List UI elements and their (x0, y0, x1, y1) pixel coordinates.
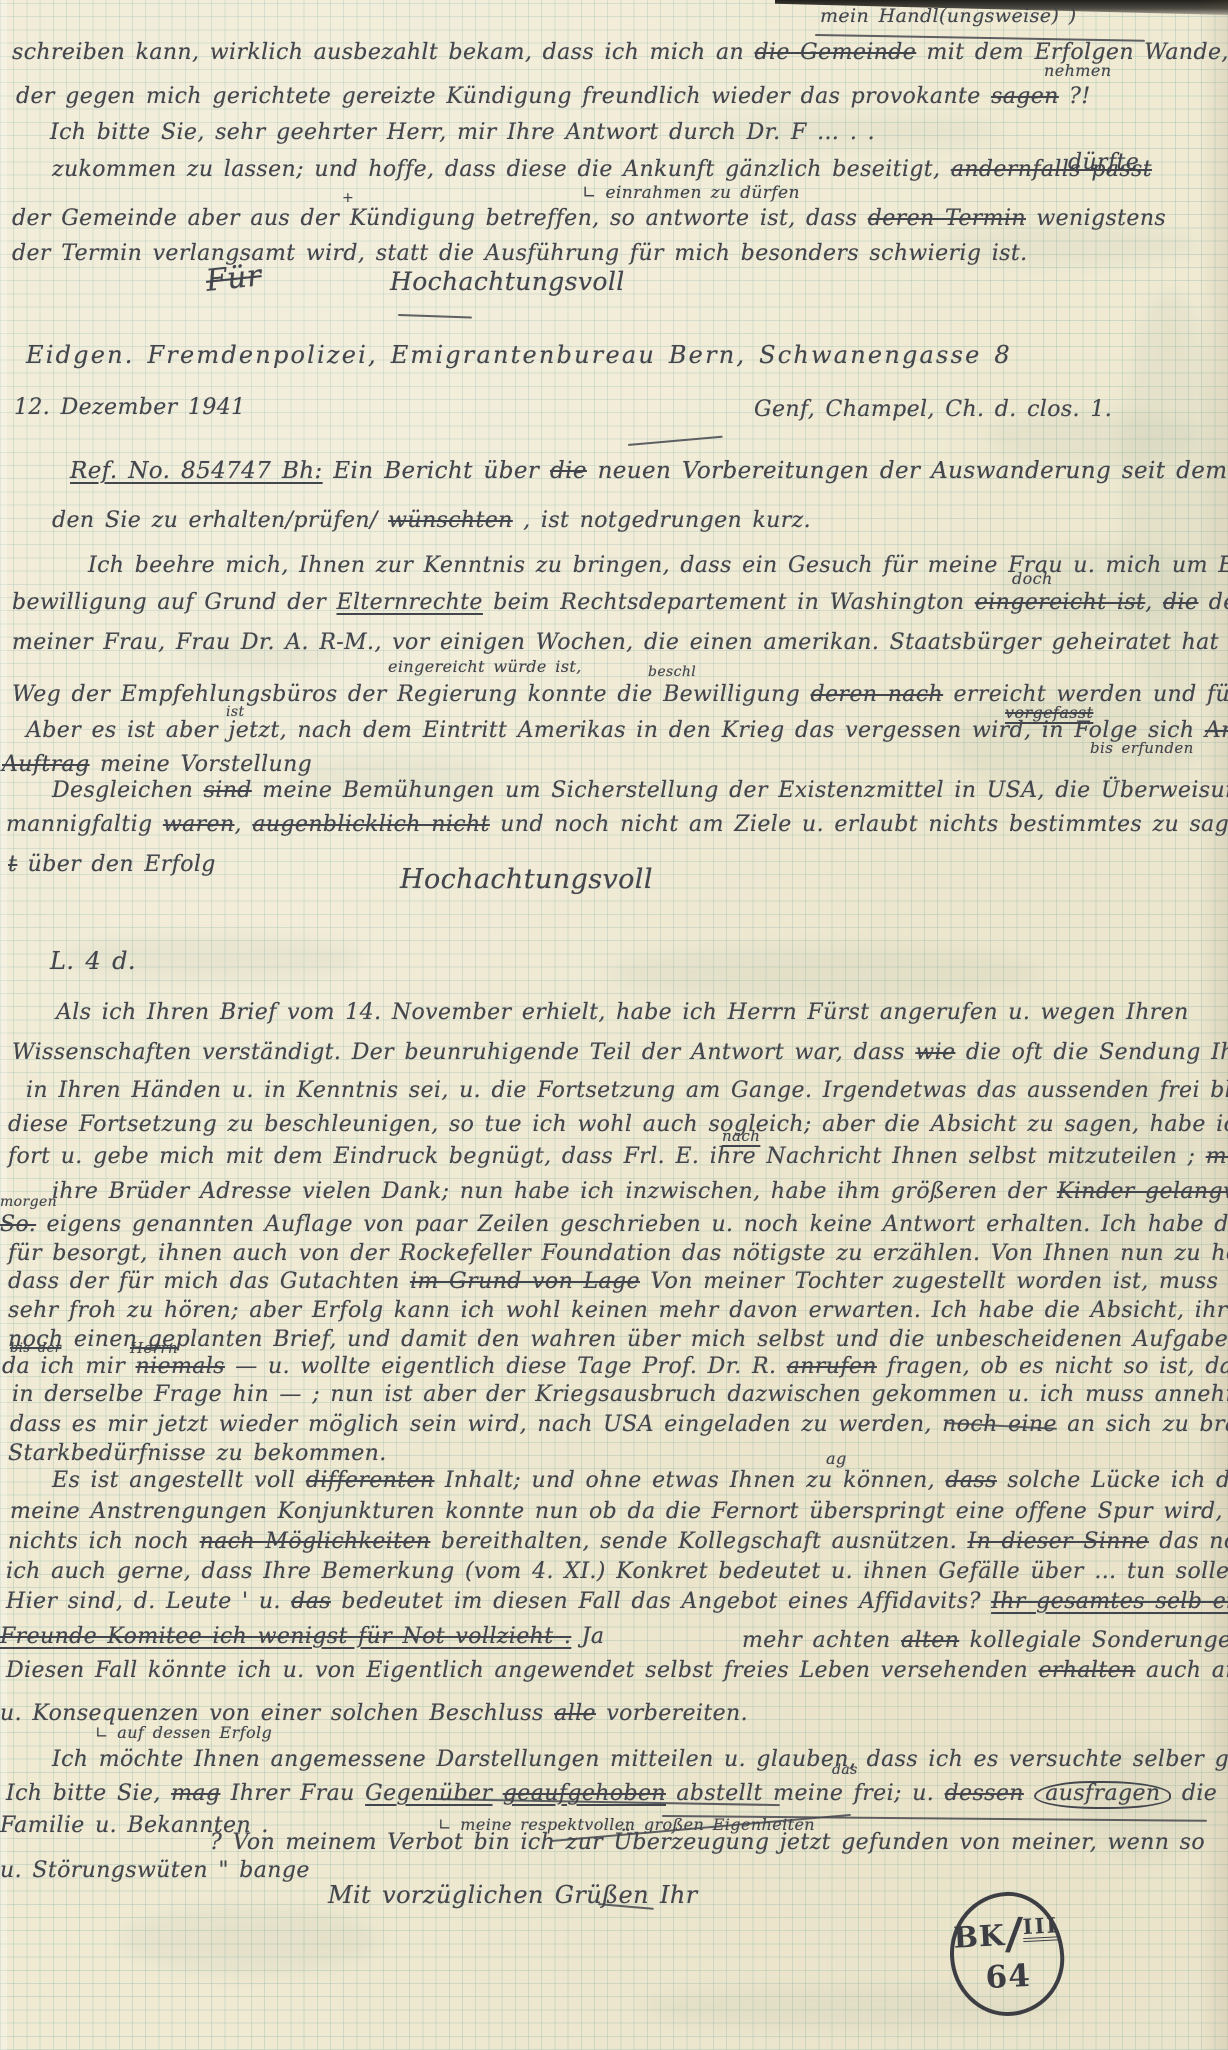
handwritten-line: dass der für mich das Gutachten im Grund… (8, 1269, 1218, 1294)
circled-word: ausfragen (1034, 1781, 1171, 1809)
handwritten-line: Es ist angestellt voll differenten Inhal… (52, 1468, 1228, 1493)
handwritten-text: ?! (1059, 84, 1091, 109)
handwritten-line: Für (204, 259, 263, 299)
handwritten-text: das nötigste (1149, 1529, 1228, 1554)
handwritten-line: Genf, Champel, Ch. d. clos. 1. (754, 397, 1112, 422)
stamp-slash: / (1005, 1912, 1023, 1957)
handwritten-text: der Termin verlangsamt wird, statt die A… (12, 241, 1027, 266)
handwritten-text: Genf, Champel, Ch. d. clos. 1. (754, 397, 1112, 422)
handwritten-text: Hochachtungsvoll (400, 864, 653, 895)
handwritten-line: in Ihren Händen u. in Kenntnis sei, u. d… (26, 1078, 1228, 1103)
struck-text: dessen (945, 1781, 1024, 1806)
show-through-mark (610, 945, 1040, 1000)
handwritten-line: in derselbe Frage hin — ; nun ist aber d… (12, 1382, 1228, 1407)
handwritten-text: in derselbe Frage hin — ; nun ist aber d… (12, 1382, 1228, 1407)
struck-text: So. (0, 1212, 36, 1237)
handwritten-line: Ref. No. 854747 Bh: Ein Bericht über die… (70, 458, 1228, 484)
handwritten-text: u. Konsequenzen von einer solchen Beschl… (0, 1701, 554, 1726)
struck-text: t (8, 852, 17, 877)
handwritten-line: Hochachtungsvoll (400, 864, 653, 895)
handwritten-text: Mit vorzüglichen Grüßen Ihr (328, 1881, 698, 1909)
struck-text: die Gemeinde (754, 40, 916, 65)
handwritten-text: , (235, 812, 253, 837)
handwritten-text (1024, 1781, 1034, 1806)
handwritten-line: beschl (648, 664, 696, 680)
handwritten-text: Eidgen. Fremdenpolizei, Emigrantenbureau… (26, 341, 1012, 369)
notebook-page: mein Handl(ungsweise) )schreiben kann, w… (0, 0, 1228, 2050)
handwritten-text: der Tochter (1198, 590, 1228, 615)
handwritten-line: den Sie zu erhalten/prüfen/ wünschten , … (52, 508, 811, 533)
handwritten-line: ich auch gerne, dass Ihre Bemerkung (vom… (6, 1559, 1228, 1584)
struck-text: alten (901, 1628, 959, 1653)
struck-text: sind (204, 778, 252, 803)
handwritten-line: Ich bitte Sie, sehr geehrter Herr, mir I… (50, 120, 875, 145)
handwritten-text: bewilligung auf Grund der (12, 590, 337, 615)
handwritten-text: auch anstreben (1136, 1658, 1228, 1683)
handwritten-line: sehr froh zu hören; aber Erfolg kann ich… (8, 1298, 1228, 1323)
handwritten-text: bereithalten, sende Kollegschaft ausnütz… (430, 1529, 967, 1554)
struck-text: erhalten (1038, 1658, 1135, 1683)
handwritten-text: meiner Frau, Frau Dr. A. R-M., vor einig… (12, 630, 1228, 655)
handwritten-text: Weg der Empfehlungsbüros der Regierung k… (12, 682, 811, 707)
handwritten-text: da ich mir (2, 1354, 136, 1379)
handwritten-line: da ich mir niemals — u. wollte eigentlic… (2, 1354, 1228, 1379)
stamp-roman-numeral: III (1022, 1914, 1059, 1942)
handwritten-text (492, 1781, 502, 1806)
handwritten-text: — u. wollte eigentlich diese Tage Prof. … (225, 1354, 787, 1379)
handwritten-text: Elternrechte (337, 590, 483, 615)
handwritten-text: fragen, ob es nicht so ist, dass ich das (877, 1354, 1228, 1379)
handwritten-text: Ihr gesamtes selb einschrän- (991, 1589, 1228, 1614)
handwritten-line: mehr achten alten kollegiale Sonderungen… (742, 1628, 1228, 1653)
handwritten-line: L. 4 d. (50, 948, 136, 976)
struck-text: die (550, 458, 587, 484)
handwritten-text: Wissenschaften verständigt. Der beunruhi… (12, 1040, 915, 1065)
struck-text: das (291, 1589, 331, 1614)
handwritten-text: mein Handl(ungsweise) ) (820, 5, 1076, 27)
handwritten-line: ∟ auf dessen Erfolg (95, 1724, 272, 1742)
handwritten-text: ∟ einrahmen zu dürfen (582, 183, 800, 203)
handwritten-line: Wissenschaften verständigt. Der beunruhi… (12, 1040, 1228, 1065)
handwritten-line: meine Anstrengungen Konjunkturen konnte … (10, 1499, 1223, 1524)
handwritten-line: Ich beehre mich, Ihnen zur Kenntnis zu b… (88, 553, 1228, 578)
handwritten-text: ag (826, 1449, 847, 1468)
handwritten-text: , ist notgedrungen kurz. (513, 508, 811, 533)
handwritten-text: Hier sind, d. Leute ' u. (6, 1589, 291, 1614)
handwritten-text: meine Vorstellung (90, 752, 313, 777)
handwritten-text: kollegiale Sonderungen ? (959, 1628, 1228, 1653)
handwritten-line: das (832, 1762, 858, 1778)
handwritten-text: eingereicht würde ist, (388, 657, 582, 676)
handwritten-line: nehmen (1044, 62, 1111, 80)
handwritten-line: ag (826, 1450, 847, 1468)
handwritten-text: ∟ auf dessen Erfolg (95, 1723, 272, 1742)
handwritten-text: dass der für mich das Gutachten (8, 1269, 410, 1294)
struck-text: differenten (306, 1468, 435, 1493)
struck-text: Anfangs (1205, 718, 1228, 743)
stamp-prefix: BK (953, 1921, 1006, 1953)
struck-text: nach Möglichkeiten (200, 1529, 431, 1554)
handwritten-line: dürfte (1068, 150, 1139, 175)
handwritten-text: Ein Bericht über (323, 458, 550, 484)
struck-text: die (1163, 590, 1198, 615)
handwritten-text: neuen Vorbereitungen der Auswanderung se… (587, 458, 1228, 484)
handwritten-line: ∟ einrahmen zu dürfen (582, 184, 800, 204)
handwritten-text: vorbereiten. (596, 1701, 748, 1726)
handwritten-text: ihre Brüder Adresse vielen Dank; nun hab… (52, 1179, 1057, 1204)
handwritten-text: nach (722, 1127, 760, 1145)
struck-text: niemals (136, 1354, 225, 1379)
handwritten-text: L. 4 d. (50, 947, 136, 975)
handwritten-text: Diesen Fall könnte ich u. von Eigentlich… (6, 1658, 1038, 1683)
struck-text: dass (945, 1468, 996, 1493)
handwritten-line: der gegen mich gerichtete gereizte Kündi… (16, 84, 1091, 109)
handwritten-text: solche Lücke ich den (997, 1468, 1228, 1493)
handwritten-text: beim Rechtsdepartement in Washington (483, 590, 975, 615)
handwritten-text: meine Anstrengungen Konjunkturen konnte … (10, 1499, 1223, 1524)
handwritten-line: t über den Erfolg (8, 852, 216, 877)
stamp-code: BK / III (952, 1910, 1059, 1959)
struck-text: wünschten (388, 508, 513, 533)
handwritten-line: ? Von meinem Verbot bin ich zur Überzeug… (210, 1830, 1205, 1855)
handwritten-line: ihre Brüder Adresse vielen Dank; nun hab… (52, 1179, 1228, 1204)
handwritten-text: nichts ich noch (8, 1529, 200, 1554)
handwritten-line: Ich möchte Ihnen angemessene Darstellung… (52, 1747, 1228, 1772)
handwritten-line: mein Handl(ungsweise) ) (820, 6, 1076, 28)
handwritten-text: dass es mir jetzt wieder möglich sein wi… (10, 1412, 1228, 1437)
handwritten-text: wenigstens (1026, 206, 1166, 231)
pen-stroke (628, 436, 723, 446)
struck-text: alle (554, 1701, 596, 1726)
struck-text: mag (171, 1781, 220, 1806)
handwritten-text: Hochachtungsvoll (390, 267, 625, 296)
handwritten-line: der Termin verlangsamt wird, statt die A… (12, 241, 1027, 266)
handwritten-line: mannigfaltig waren, augenblicklich nicht… (6, 812, 1228, 837)
struck-text: sagen (991, 84, 1059, 109)
handwritten-line: bis erfunden (1090, 740, 1194, 757)
handwritten-line: Starkbedürfnisse zu bekommen. (8, 1441, 387, 1466)
handwritten-line: Desgleichen sind meine Bemühungen um Sic… (52, 778, 1228, 803)
handwritten-line: zukommen zu lassen; und hoffe, dass dies… (52, 157, 1152, 182)
handwritten-text: über den Erfolg (17, 852, 216, 877)
handwritten-text: für besorgt, ihnen auch von der Rockefel… (8, 1241, 1228, 1266)
handwritten-text: Ref. No. 854747 Bh: (70, 458, 323, 484)
struck-text: Kinder gelangweilt und (1057, 1179, 1228, 1204)
handwritten-line: Mit vorzüglichen Grüßen Ihr (328, 1882, 698, 1910)
page-left-edge (0, 0, 7, 2050)
handwritten-text: doch (1012, 569, 1053, 588)
handwritten-text: Aber es ist aber jetzt, nach dem Eintrit… (26, 718, 1205, 743)
show-through-mark (120, 1905, 380, 1975)
handwritten-text: Ich möchte Ihnen angemessene Darstellung… (52, 1747, 1228, 1772)
handwritten-text: mehr achten (742, 1628, 901, 1653)
handwritten-line: + (342, 190, 354, 206)
page-right-shade (1198, 0, 1228, 2050)
handwritten-line: für besorgt, ihnen auch von der Rockefel… (8, 1241, 1228, 1266)
handwritten-line: So. eigens genannten Auflage von paar Ze… (0, 1212, 1228, 1237)
pen-stroke (398, 314, 472, 319)
handwritten-text: beschl (648, 664, 696, 680)
handwritten-text: dürfte (1068, 150, 1139, 175)
handwritten-text: zukommen zu lassen; und hoffe, dass dies… (52, 157, 951, 182)
struck-text: augenblicklich nicht (252, 812, 489, 837)
handwritten-text: Desgleichen (52, 778, 204, 803)
struck-text: waren (163, 812, 235, 837)
handwritten-text: in Ihren Händen u. in Kenntnis sei, u. d… (26, 1078, 1228, 1103)
handwritten-text: u. Störungswüten " bange (0, 1858, 310, 1883)
handwritten-line: Eidgen. Fremdenpolizei, Emigrantenbureau… (26, 342, 1012, 370)
handwritten-text: Ich bitte Sie, (6, 1781, 171, 1806)
handwritten-line: nichts ich noch nach Möglichkeiten berei… (8, 1529, 1228, 1554)
handwritten-line: diese Fortsetzung zu beschleunigen, so t… (8, 1112, 1228, 1137)
handwritten-text: Ich bitte Sie, sehr geehrter Herr, mir I… (50, 120, 875, 145)
handwritten-text: bedeutet im diesen Fall das Angebot eine… (331, 1589, 991, 1614)
handwritten-text: , (1145, 590, 1163, 615)
handwritten-line: bewilligung auf Grund der Elternrechte b… (12, 590, 1228, 615)
struck-text: wie (915, 1040, 955, 1065)
handwritten-text: Ihrer Frau (220, 1781, 365, 1806)
struck-text: eingereicht ist (975, 590, 1145, 615)
handwritten-line: Als ich Ihren Brief vom 14. November erh… (56, 1000, 1189, 1025)
struck-text: mit ihr (1206, 1144, 1228, 1169)
handwritten-text: der Gemeinde aber aus der Kündigung betr… (12, 206, 868, 231)
struck-text: deren Termin (868, 206, 1026, 231)
handwritten-line: Auftrag meine Vorstellung (2, 752, 312, 777)
handwritten-line: Aber es ist aber jetzt, nach dem Eintrit… (26, 718, 1228, 743)
handwritten-text: Ja (571, 1624, 604, 1649)
handwritten-text: + (342, 190, 354, 206)
handwritten-text: ich auch gerne, dass Ihre Bemerkung (vom… (6, 1559, 1228, 1584)
handwritten-line: Hier sind, d. Leute ' u. das bedeutet im… (6, 1589, 1228, 1614)
handwritten-text: Inhalt; und ohne etwas Ihnen zu können, (434, 1468, 945, 1493)
handwritten-text: den Sie zu erhalten/prüfen/ (52, 508, 388, 533)
handwritten-text: fort u. gebe mich mit dem Eindruck begnü… (8, 1144, 1206, 1169)
handwritten-line: morgen (0, 1194, 57, 1210)
handwritten-line: doch (1012, 570, 1053, 588)
handwritten-text: mannigfaltig (6, 812, 163, 837)
handwritten-line: der Gemeinde aber aus der Kündigung betr… (12, 206, 1166, 231)
handwritten-line: Ich bitte Sie, mag Ihrer Frau Gegenüber … (6, 1781, 1228, 1809)
handwritten-text: Starkbedürfnisse zu bekommen. (8, 1441, 387, 1466)
handwritten-text: Als ich Ihren Brief vom 14. November erh… (56, 1000, 1189, 1025)
handwritten-text: Von meiner Tochter zugestellt worden ist… (640, 1269, 1218, 1294)
handwritten-text: sehr froh zu hören; aber Erfolg kann ich… (8, 1298, 1228, 1323)
handwritten-line: eingereicht würde ist, (388, 658, 582, 676)
handwritten-text: ? Von meinem Verbot bin ich zur Überzeug… (210, 1830, 1205, 1855)
handwritten-line: Freunde Komitee ich wenigst für Not voll… (0, 1624, 604, 1649)
handwritten-text: die oft die Sendung Ihnen (955, 1040, 1228, 1065)
handwritten-line: fort u. gebe mich mit dem Eindruck begnü… (8, 1144, 1228, 1169)
handwritten-text: noch einen geplanten Brief, und damit de… (8, 1327, 1228, 1352)
handwritten-text: eigens genannten Auflage von paar Zeilen… (36, 1212, 1228, 1237)
handwritten-text: schreiben kann, wirklich ausbezahlt beka… (12, 40, 754, 65)
handwritten-text: der gegen mich gerichtete gereizte Kündi… (16, 84, 991, 109)
handwritten-line: Hochachtungsvoll (390, 268, 625, 297)
handwritten-text: diese Fortsetzung zu beschleunigen, so t… (8, 1112, 1228, 1137)
struck-text: Auftrag (2, 752, 90, 777)
handwritten-text: meine Bemühungen um Sicherstellung der E… (252, 778, 1228, 803)
struck-text: im Grund von Lage (410, 1269, 640, 1294)
handwritten-line: u. Störungswüten " bange (0, 1858, 310, 1883)
handwritten-text: 12. Dezember 1941 (14, 395, 246, 420)
handwritten-text: Freunde Komitee ich wenigst für Not voll… (0, 1624, 571, 1649)
handwritten-text: morgen (0, 1194, 57, 1210)
handwritten-text: Es ist angestellt voll (52, 1468, 306, 1493)
struck-text: deren nach (811, 682, 944, 707)
handwritten-line: dass es mir jetzt wieder möglich sein wi… (10, 1412, 1228, 1437)
handwritten-text: bis erfunden (1090, 739, 1194, 757)
handwritten-line: 12. Dezember 1941 (14, 395, 246, 420)
handwritten-line: Diesen Fall könnte ich u. von Eigentlich… (6, 1658, 1228, 1683)
handwritten-text: das (832, 1762, 858, 1778)
struck-text: Für (204, 258, 263, 299)
handwritten-line: meiner Frau, Frau Dr. A. R-M., vor einig… (12, 630, 1228, 655)
struck-text: anrufen (787, 1354, 877, 1379)
handwritten-text: und noch nicht am Ziele u. erlaubt nicht… (490, 812, 1228, 837)
handwritten-text: Gegenüber (365, 1781, 492, 1806)
handwritten-line: noch einen geplanten Brief, und damit de… (8, 1327, 1228, 1352)
handwritten-text: nehmen (1044, 61, 1111, 80)
handwritten-text: die angenehme (1171, 1781, 1228, 1806)
handwritten-line: nach (722, 1128, 760, 1145)
struck-text: In dieser Sinne (968, 1529, 1149, 1554)
stamp-number: 64 (985, 1958, 1032, 1996)
handwritten-text: Ich beehre mich, Ihnen zur Kenntnis zu b… (88, 553, 1228, 578)
